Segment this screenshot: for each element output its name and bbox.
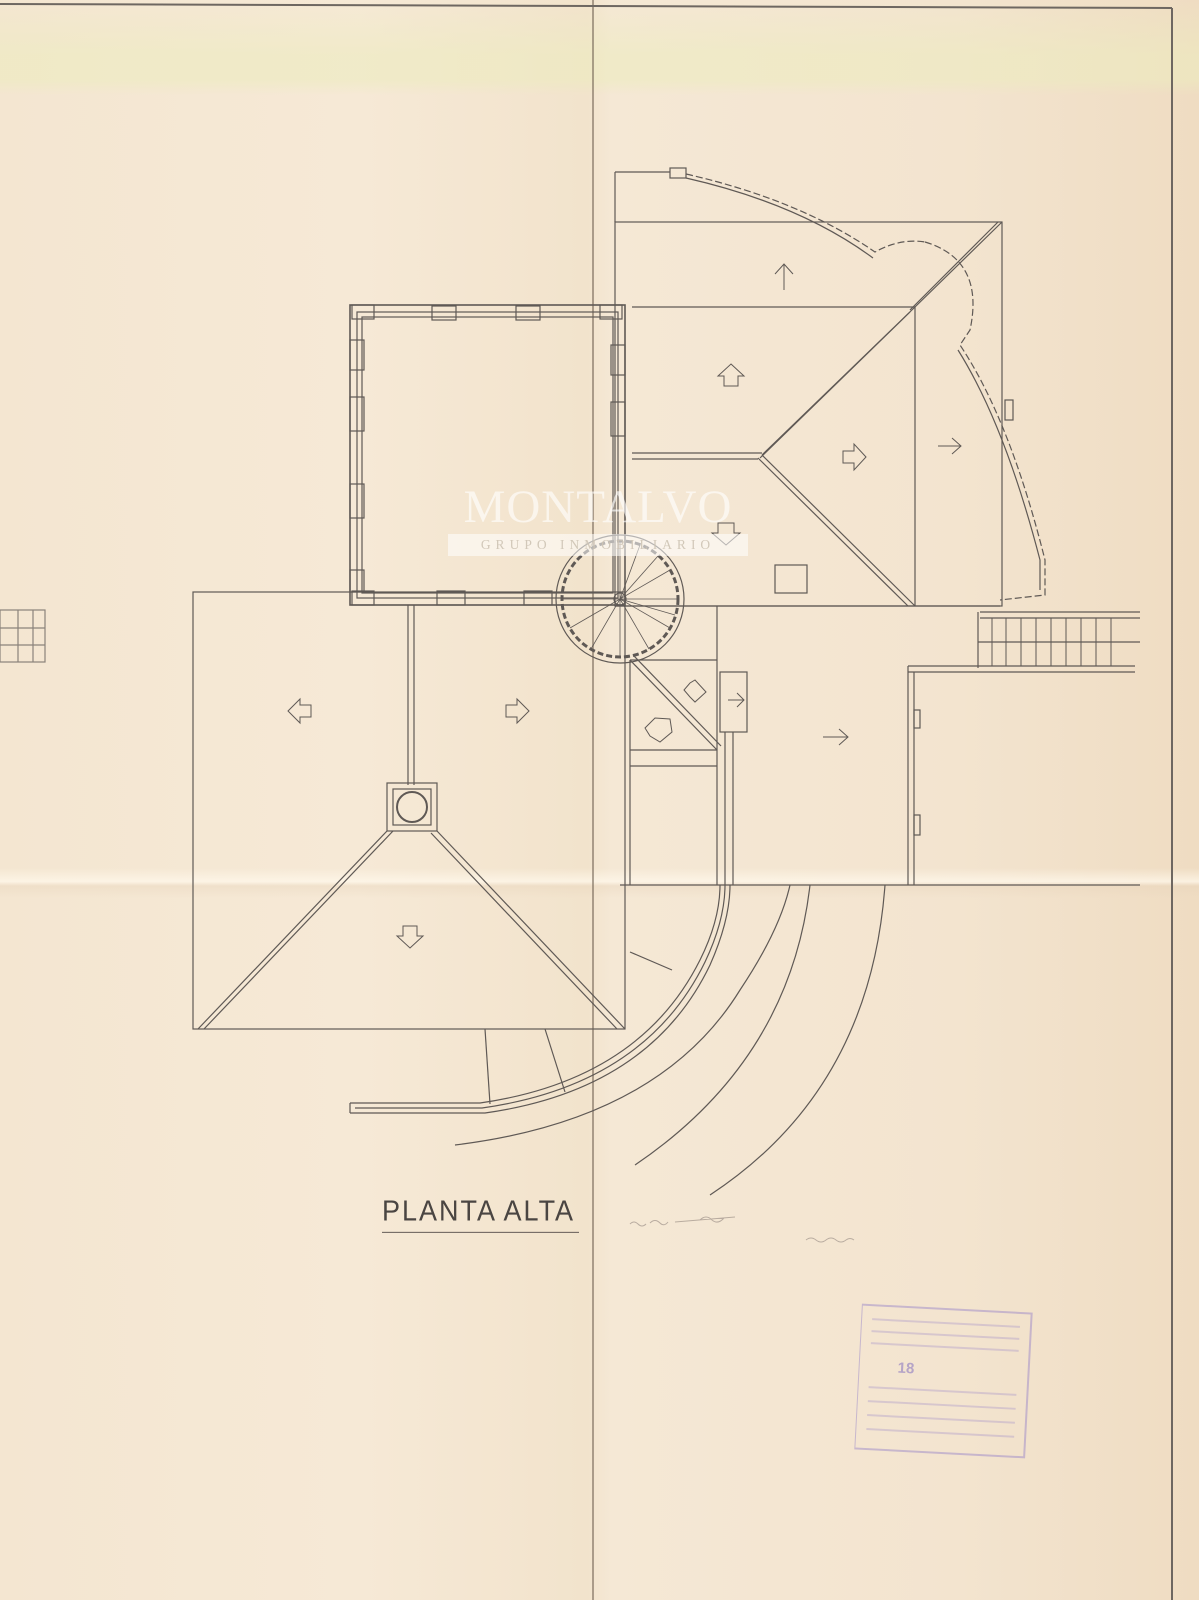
- hollow-arrow-down-icon: [712, 523, 740, 545]
- spiral-staircase: [556, 535, 684, 663]
- curved-walls: [350, 885, 885, 1195]
- hollow-arrow-up-icon: [718, 364, 744, 386]
- hollow-arrow-right-icon: [506, 699, 529, 723]
- lower-left-roof: [193, 592, 625, 1029]
- blueprint-sheet: PLANTA ALTA MONTALVO GRUPO INMOBILIARIO …: [0, 0, 1199, 1600]
- stamp-date: 18: [897, 1360, 915, 1378]
- hollow-arrow-down-icon: [397, 926, 423, 948]
- left-edge-stair-fragment: [0, 610, 45, 662]
- official-stamp: 18: [854, 1304, 1032, 1459]
- hollow-arrow-right-icon: [843, 444, 866, 470]
- straight-stair-right: [908, 612, 1140, 885]
- arrow-right-icon: [938, 438, 961, 454]
- hollow-arrow-right-icon: [684, 680, 706, 702]
- arrow-right-icon: [823, 729, 848, 745]
- central-terrace: [615, 606, 1140, 885]
- arrow-up-icon: [775, 264, 793, 290]
- handwritten-annotation: [630, 1217, 854, 1242]
- upper-right-roof: [615, 168, 1045, 606]
- tower-windows: [350, 305, 625, 605]
- hollow-arrow-left-icon: [645, 718, 672, 742]
- square-tower: [350, 305, 625, 605]
- hollow-arrow-left-icon: [288, 699, 311, 723]
- arrow-right-icon: [728, 693, 744, 707]
- plan-title: PLANTA ALTA: [382, 1195, 579, 1233]
